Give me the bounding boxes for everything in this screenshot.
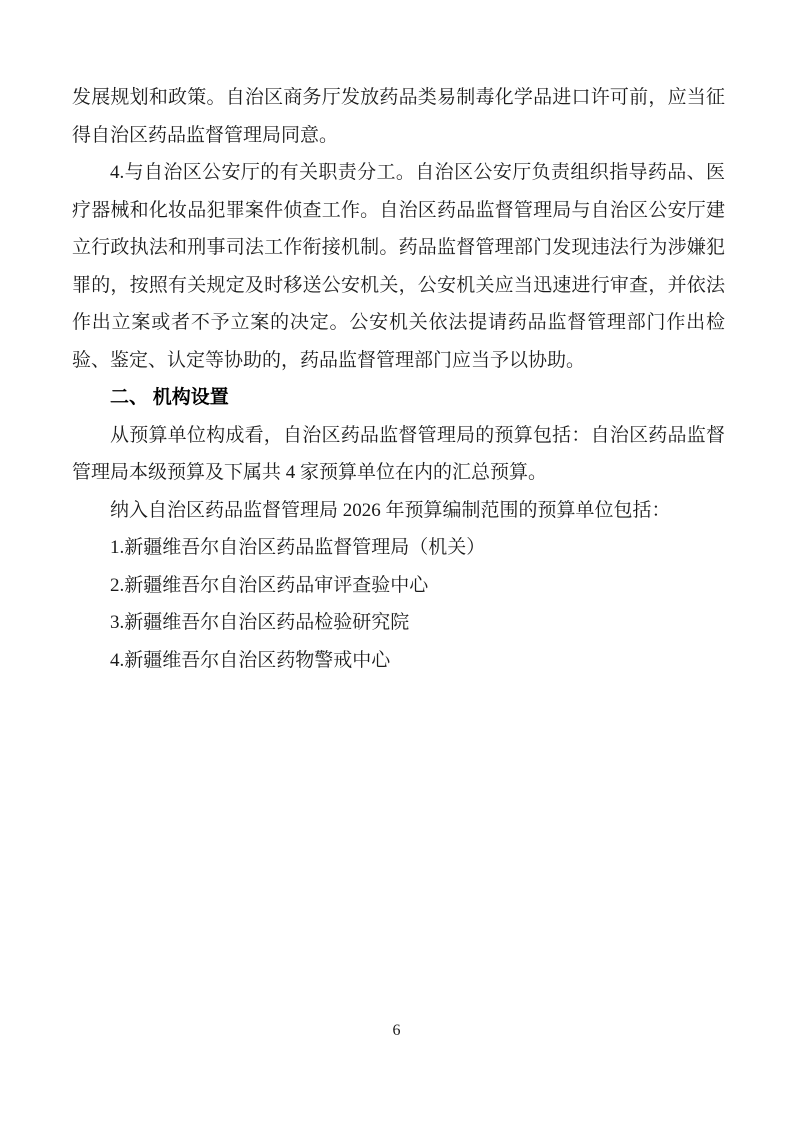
budget-unit-item-3: 3.新疆维吾尔自治区药品检验研究院 — [72, 604, 725, 642]
budget-unit-item-2: 2.新疆维吾尔自治区药品审评查验中心 — [72, 567, 725, 605]
document-page: 发展规划和政策。自治区商务厅发放药品类易制毒化学品进口许可前，应当征得自治区药品… — [0, 0, 793, 1122]
paragraph-budget-composition: 从预算单位构成看，自治区药品监督管理局的预算包括：自治区药品监督管理局本级预算及… — [72, 417, 725, 492]
section-heading-org-setup: 二、 机构设置 — [72, 379, 725, 417]
paragraph-budget-units-intro: 纳入自治区药品监督管理局 2026 年预算编制范围的预算单位包括： — [72, 492, 725, 530]
document-body: 发展规划和政策。自治区商务厅发放药品类易制毒化学品进口许可前，应当征得自治区药品… — [72, 79, 725, 679]
paragraph-continuation: 发展规划和政策。自治区商务厅发放药品类易制毒化学品进口许可前，应当征得自治区药品… — [72, 79, 725, 154]
budget-unit-item-4: 4.新疆维吾尔自治区药物警戒中心 — [72, 642, 725, 680]
budget-unit-item-1: 1.新疆维吾尔自治区药品监督管理局（机关） — [72, 529, 725, 567]
paragraph-police-division: 4.与自治区公安厅的有关职责分工。自治区公安厅负责组织指导药品、医疗器械和化妆品… — [72, 154, 725, 379]
page-number: 6 — [0, 1021, 793, 1041]
